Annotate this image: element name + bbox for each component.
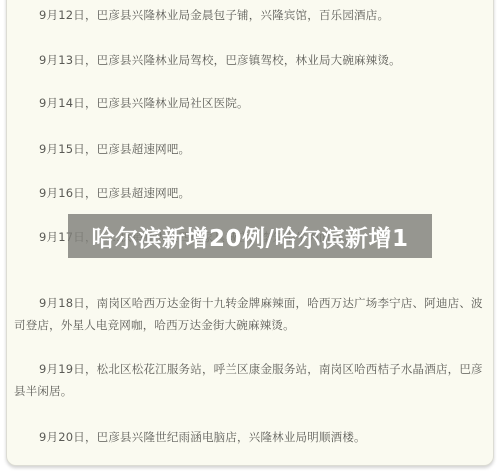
entry-sep-15: 9月15日，巴彦县超速网吧。 <box>14 138 492 160</box>
entry-text: ，巴彦县兴隆林业局驾校，巴彦镇驾校，林业局大碗麻辣烫。 <box>85 53 401 67</box>
entry-date: 9月13日 <box>39 53 85 67</box>
entry-date: 9月15日 <box>39 142 85 156</box>
entry-text: ，巴彦县兴隆世纪雨涵电脑店，兴隆林业局明顺酒楼。 <box>85 430 366 444</box>
entry-date: 9月20日 <box>39 430 85 444</box>
entry-date: 9月14日 <box>39 96 85 110</box>
entry-text: ，南岗区哈西万达金街十九转金牌麻辣面，哈西万达广场李宁店、阿迪店、波司登店，外星… <box>14 296 483 332</box>
headline-title: 哈尔滨新增20例/哈尔滨新增1 <box>92 220 409 253</box>
entry-sep-13: 9月13日，巴彦县兴隆林业局驾校，巴彦镇驾校，林业局大碗麻辣烫。 <box>14 49 492 71</box>
entry-sep-18: 9月18日，南岗区哈西万达金街十九转金牌麻辣面，哈西万达广场李宁店、阿迪店、波司… <box>14 292 492 336</box>
entry-text: ，巴彦县兴隆林业局社区医院。 <box>85 96 249 110</box>
entry-sep-19: 9月19日，松北区松花江服务站，呼兰区康金服务站，南岗区哈西桔子水晶酒店，巴彦县… <box>14 358 492 402</box>
entry-date: 9月12日 <box>39 8 85 22</box>
headline-banner: 哈尔滨新增20例/哈尔滨新增1 <box>68 214 432 258</box>
entry-text: ，松北区松花江服务站，呼兰区康金服务站，南岗区哈西桔子水晶酒店，巴彦县半闲居。 <box>14 362 483 398</box>
entry-sep-16: 9月16日，巴彦县超速网吧。 <box>14 182 492 204</box>
entry-text: ，巴彦县超速网吧。 <box>85 186 190 200</box>
entry-text: ，巴彦县超速网吧。 <box>85 142 190 156</box>
entry-date: 9月18日 <box>39 296 85 310</box>
entry-sep-12: 9月12日，巴彦县兴隆林业局金晨包子铺，兴隆宾馆，百乐园酒店。 <box>14 4 492 26</box>
entry-text: ，巴彦县兴隆林业局金晨包子铺，兴隆宾馆，百乐园酒店。 <box>85 8 389 22</box>
entry-date: 9月16日 <box>39 186 85 200</box>
entry-date: 9月19日 <box>39 362 85 376</box>
entry-sep-20: 9月20日，巴彦县兴隆世纪雨涵电脑店，兴隆林业局明顺酒楼。 <box>14 426 492 448</box>
entry-sep-14: 9月14日，巴彦县兴隆林业局社区医院。 <box>14 92 492 114</box>
